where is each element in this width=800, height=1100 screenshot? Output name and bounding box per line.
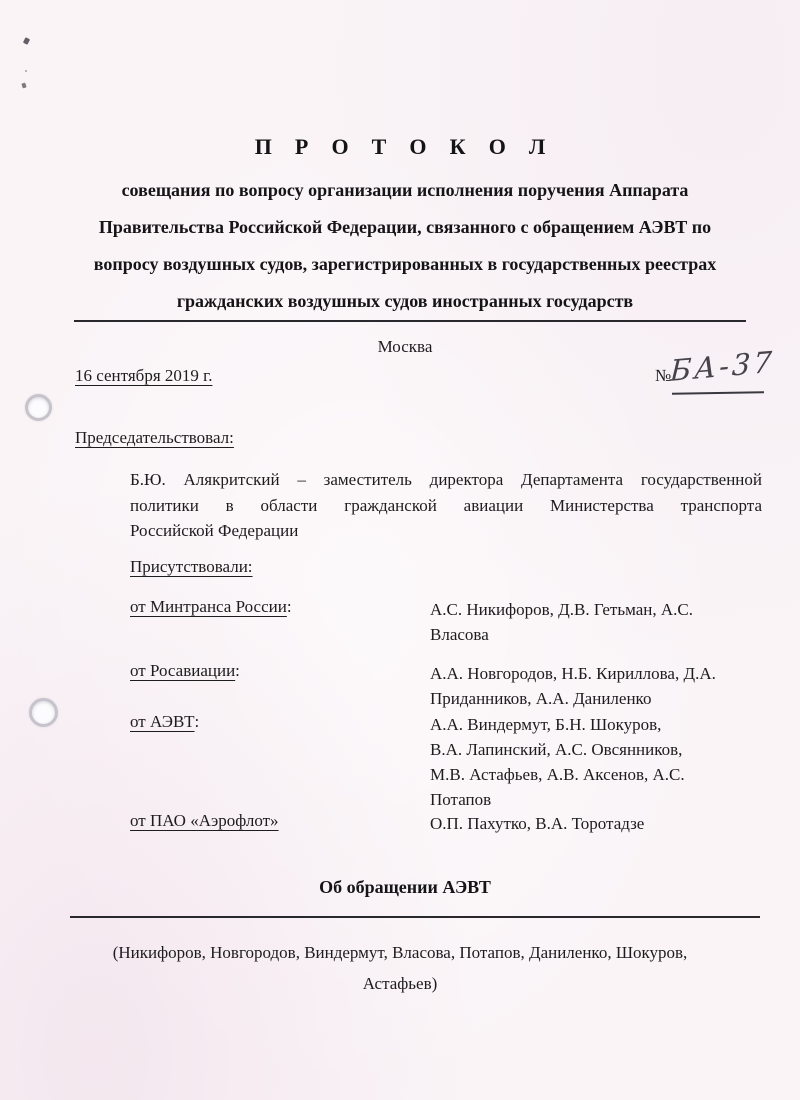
- attendee-names-line: А.С. Никифоров, Д.В. Гетьман, А.С.: [430, 597, 770, 622]
- attendees-heading: Присутствовали:: [130, 557, 253, 577]
- ink-speck: [21, 83, 26, 89]
- attendee-names-line: О.П. Пахутко, В.А. Торотадзе: [430, 811, 770, 836]
- subtitle-line: Правительства Российской Федерации, связ…: [30, 209, 780, 246]
- document-subtitle: совещания по вопросу организации исполне…: [30, 172, 780, 320]
- speakers-list: (Никифоров, Новгородов, Виндермут, Власо…: [40, 937, 760, 999]
- speakers-line: (Никифоров, Новгородов, Виндермут, Власо…: [40, 937, 760, 968]
- speakers-line: Астафьев): [40, 968, 760, 999]
- hole-punch-mark: [29, 698, 58, 727]
- chairman-heading: Председательствовал:: [75, 428, 234, 448]
- attendee-org-label: от Минтранса России:: [130, 597, 292, 617]
- scanned-protocol-page: П Р О Т О К О Л совещания по вопросу орг…: [0, 0, 800, 1100]
- attendee-names-line: М.В. Астафьев, А.В. Аксенов, А.С.: [430, 762, 770, 787]
- attendee-org-colon: :: [195, 712, 200, 731]
- attendee-names: А.А. Новгородов, Н.Б. Кириллова, Д.А. Пр…: [430, 661, 770, 711]
- date-line: 16 сентября 2019 г.: [75, 366, 212, 386]
- chairman-line: Б.Ю. Алякритский – заместитель директора…: [130, 467, 762, 493]
- attendee-names: А.С. Никифоров, Д.В. Гетьман, А.С. Власо…: [430, 597, 770, 647]
- attendee-org-name: от АЭВТ: [130, 712, 195, 731]
- attendee-names-line: А.А. Виндермут, Б.Н. Шокуров,: [430, 712, 770, 737]
- chairman-line: Российской Федерации: [130, 518, 762, 544]
- attendee-names-line: Потапов: [430, 787, 770, 812]
- subtitle-line: совещания по вопросу организации исполне…: [30, 172, 780, 209]
- chairman-paragraph: Б.Ю. Алякритский – заместитель директора…: [130, 467, 762, 544]
- number-underline: [672, 391, 764, 395]
- attendee-org-name: от Минтранса России: [130, 597, 287, 616]
- hole-punch-mark: [25, 394, 52, 421]
- place-line: Москва: [30, 337, 780, 357]
- attendee-names-line: Приданников, А.А. Даниленко: [430, 686, 770, 711]
- horizontal-rule-top: [74, 320, 746, 322]
- attendee-names-line: А.А. Новгородов, Н.Б. Кириллова, Д.А.: [430, 661, 770, 686]
- attendee-names-line: В.А. Лапинский, А.С. Овсянников,: [430, 737, 770, 762]
- attendee-org-label: от АЭВТ:: [130, 712, 199, 732]
- section-title: Об обращении АЭВТ: [30, 877, 780, 898]
- subtitle-line: вопросу воздушных судов, зарегистрирован…: [30, 246, 780, 283]
- attendee-org-colon: :: [235, 661, 240, 680]
- attendee-org-label: от ПАО «Аэрофлот»: [130, 811, 279, 831]
- attendee-org-colon: :: [287, 597, 292, 616]
- horizontal-rule-bottom: [70, 916, 760, 918]
- attendee-org-name: от Росавиации: [130, 661, 235, 680]
- subtitle-line: гражданских воздушных судов иностранных …: [30, 283, 780, 320]
- ink-speck: [25, 70, 27, 72]
- attendee-names-line: Власова: [430, 622, 770, 647]
- attendee-names: А.А. Виндермут, Б.Н. Шокуров, В.А. Лапин…: [430, 712, 770, 812]
- document-title: П Р О Т О К О Л: [0, 134, 800, 160]
- attendee-names: О.П. Пахутко, В.А. Торотадзе: [430, 811, 770, 836]
- ink-speck: [23, 37, 30, 45]
- attendee-org-label: от Росавиации:: [130, 661, 240, 681]
- chairman-line: политики в области гражданской авиации М…: [130, 493, 762, 519]
- attendee-org-name: от ПАО «Аэрофлот»: [130, 811, 279, 830]
